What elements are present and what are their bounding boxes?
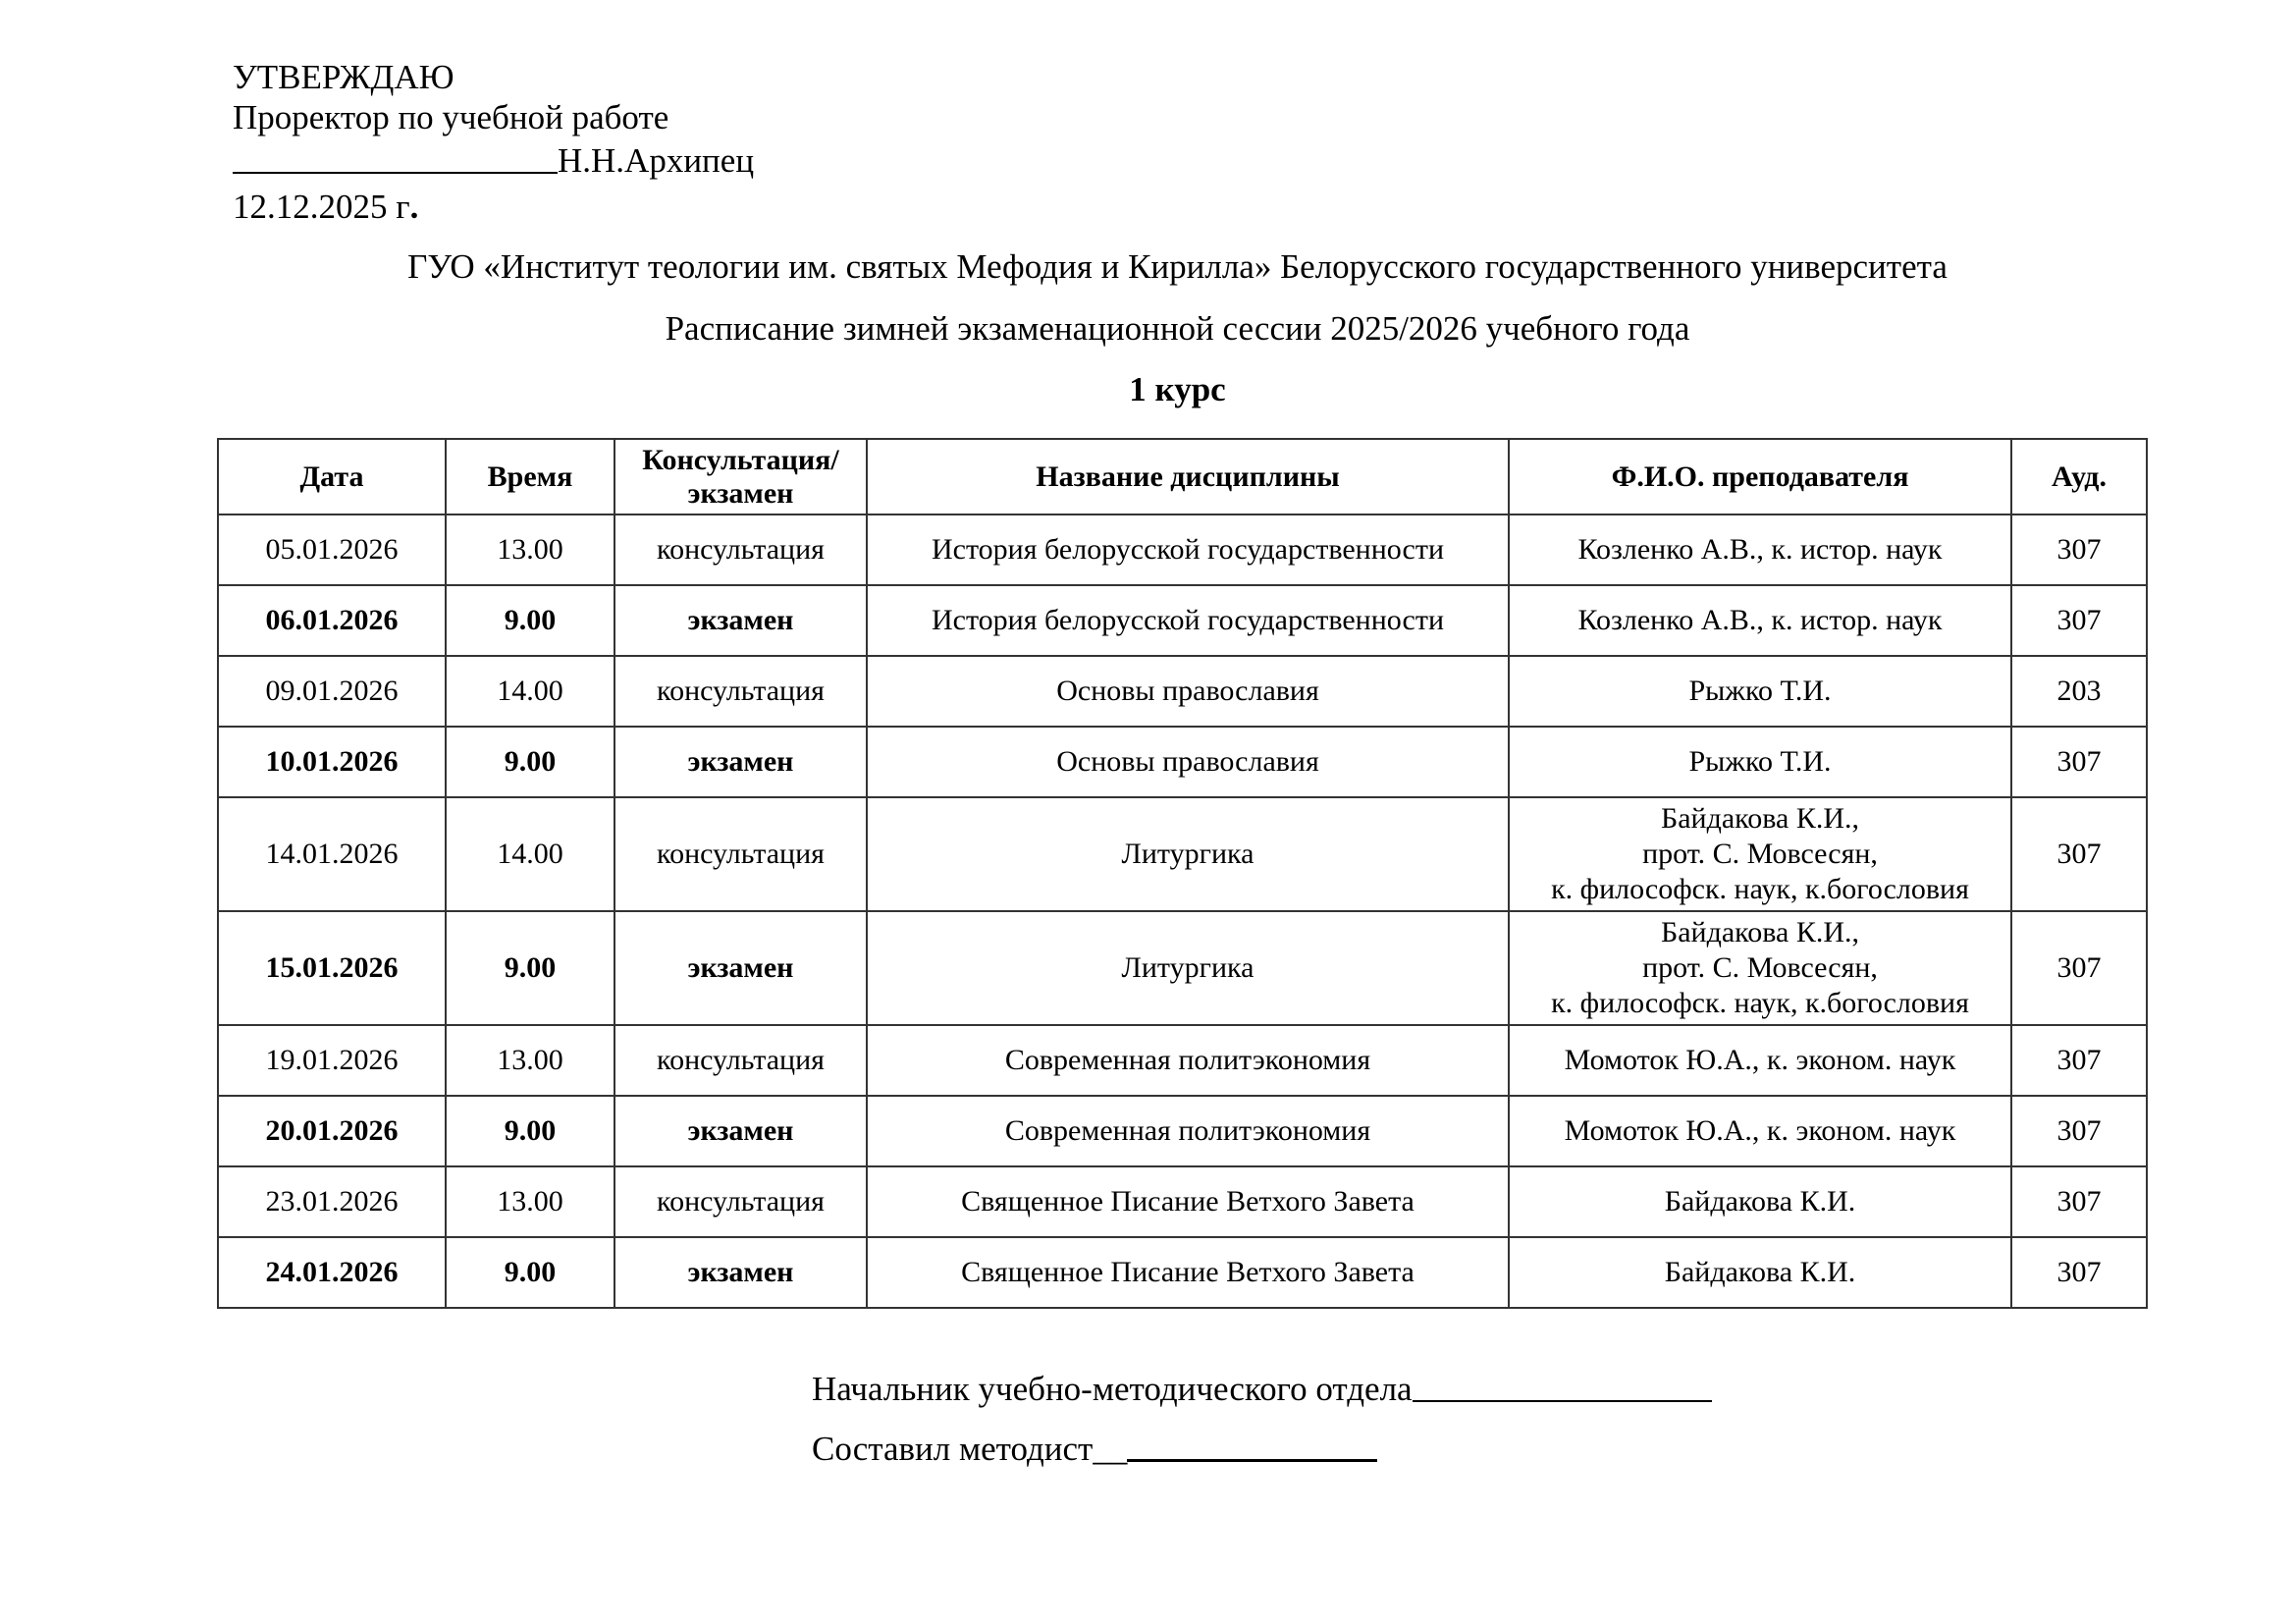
cell-time: 9.00: [446, 911, 614, 1025]
table-row: 19.01.202613.00консультацияСовременная п…: [218, 1025, 2147, 1096]
cell-teacher: Момоток Ю.А., к. эконом. наук: [1509, 1025, 2011, 1096]
column-header-date: Дата: [218, 439, 446, 514]
signature-blank: [233, 140, 558, 174]
cell-date: 24.01.2026: [218, 1237, 446, 1308]
footer-compiler-signature: Составил методист__: [812, 1430, 1377, 1469]
cell-room: 203: [2011, 656, 2147, 727]
cell-time: 13.00: [446, 1166, 614, 1237]
teacher-line: к. философск. наук, к.богословия: [1514, 872, 2006, 907]
column-header-type: Консультация/экзамен: [614, 439, 867, 514]
table-row: 14.01.202614.00консультацияЛитургикаБайд…: [218, 797, 2147, 911]
approval-signature-line: Н.Н.Архипец: [233, 137, 754, 181]
table-row: 05.01.202613.00консультацияИстория белор…: [218, 514, 2147, 585]
table-header-row: ДатаВремяКонсультация/экзаменНазвание ди…: [218, 439, 2147, 514]
cell-teacher: Байдакова К.И.,прот. С. Мовсесян,к. фило…: [1509, 911, 2011, 1025]
teacher-line: к. философск. наук, к.богословия: [1514, 986, 2006, 1021]
head-signature-blank: [1413, 1400, 1712, 1402]
cell-teacher: Байдакова К.И.,прот. С. Мовсесян,к. фило…: [1509, 797, 2011, 911]
compiled-by-underscores: __: [1093, 1430, 1127, 1469]
cell-type: экзамен: [614, 585, 867, 656]
teacher-line: прот. С. Мовсесян,: [1514, 950, 2006, 986]
column-header-time: Время: [446, 439, 614, 514]
exam-schedule-table: ДатаВремяКонсультация/экзаменНазвание ди…: [217, 438, 2148, 1309]
approval-date: 12.12.2025 г: [233, 188, 410, 226]
cell-room: 307: [2011, 514, 2147, 585]
cell-time: 14.00: [446, 656, 614, 727]
cell-type: экзамен: [614, 1237, 867, 1308]
teacher-line: Байдакова К.И.,: [1514, 801, 2006, 837]
cell-teacher: Козленко А.В., к. истор. наук: [1509, 585, 2011, 656]
approval-block: УТВЕРЖДАЮ Проректор по учебной работе Н.…: [233, 57, 754, 227]
cell-time: 9.00: [446, 727, 614, 797]
cell-time: 9.00: [446, 1096, 614, 1166]
cell-date: 23.01.2026: [218, 1166, 446, 1237]
column-header-label: Время: [488, 460, 573, 493]
cell-room: 307: [2011, 797, 2147, 911]
teacher-line: Момоток Ю.А., к. эконом. наук: [1514, 1113, 2006, 1149]
cell-discipline: Современная политэкономия: [867, 1096, 1509, 1166]
approval-date-line: 12.12.2025 г.: [233, 187, 754, 227]
cell-teacher: Байдакова К.И.: [1509, 1166, 2011, 1237]
cell-date: 14.01.2026: [218, 797, 446, 911]
cell-discipline: Основы православия: [867, 727, 1509, 797]
schedule-title: Расписание зимней экзаменационной сессии…: [0, 307, 2296, 351]
course-label: 1 курс: [0, 368, 2296, 411]
cell-type: консультация: [614, 656, 867, 727]
cell-time: 9.00: [446, 1237, 614, 1308]
table-row: 23.01.202613.00консультацияСвященное Пис…: [218, 1166, 2147, 1237]
cell-discipline: Основы православия: [867, 656, 1509, 727]
cell-teacher: Рыжко Т.И.: [1509, 727, 2011, 797]
cell-type: консультация: [614, 1025, 867, 1096]
cell-discipline: Литургика: [867, 797, 1509, 911]
approval-heading: УТВЕРЖДАЮ: [233, 57, 754, 97]
cell-discipline: История белорусской государственности: [867, 514, 1509, 585]
column-header-teacher: Ф.И.О. преподавателя: [1509, 439, 2011, 514]
head-of-department-label: Начальник учебно-методического отдела: [812, 1370, 1413, 1409]
column-header-label: экзамен: [688, 477, 794, 510]
cell-date: 09.01.2026: [218, 656, 446, 727]
cell-type: консультация: [614, 514, 867, 585]
institution-name: ГУО «Институт теологии им. святых Мефоди…: [0, 245, 2296, 289]
teacher-line: Байдакова К.И.: [1514, 1184, 2006, 1219]
table-row: 06.01.20269.00экзаменИстория белорусской…: [218, 585, 2147, 656]
cell-discipline: Современная политэкономия: [867, 1025, 1509, 1096]
column-header-label: Дата: [300, 460, 364, 493]
table-row: 15.01.20269.00экзаменЛитургикаБайдакова …: [218, 911, 2147, 1025]
teacher-line: Козленко А.В., к. истор. наук: [1514, 532, 2006, 568]
cell-teacher: Байдакова К.И.: [1509, 1237, 2011, 1308]
table-row: 10.01.20269.00экзаменОсновы православияР…: [218, 727, 2147, 797]
cell-type: консультация: [614, 797, 867, 911]
cell-room: 307: [2011, 1025, 2147, 1096]
cell-type: экзамен: [614, 911, 867, 1025]
cell-teacher: Рыжко Т.И.: [1509, 656, 2011, 727]
cell-discipline: История белорусской государственности: [867, 585, 1509, 656]
cell-room: 307: [2011, 585, 2147, 656]
cell-time: 13.00: [446, 1025, 614, 1096]
teacher-line: Рыжко Т.И.: [1514, 674, 2006, 709]
column-header-label: Ф.И.О. преподавателя: [1612, 460, 1909, 493]
cell-date: 20.01.2026: [218, 1096, 446, 1166]
cell-discipline: Священное Писание Ветхого Завета: [867, 1237, 1509, 1308]
teacher-line: Рыжко Т.И.: [1514, 744, 2006, 780]
teacher-line: Байдакова К.И.,: [1514, 915, 2006, 950]
column-header-room: Ауд.: [2011, 439, 2147, 514]
cell-date: 10.01.2026: [218, 727, 446, 797]
teacher-line: Момоток Ю.А., к. эконом. наук: [1514, 1043, 2006, 1078]
cell-type: экзамен: [614, 1096, 867, 1166]
column-header-discipline: Название дисциплины: [867, 439, 1509, 514]
column-header-label: Название дисциплины: [1036, 460, 1339, 493]
table-body: 05.01.202613.00консультацияИстория белор…: [218, 514, 2147, 1308]
cell-teacher: Момоток Ю.А., к. эконом. наук: [1509, 1096, 2011, 1166]
cell-teacher: Козленко А.В., к. истор. наук: [1509, 514, 2011, 585]
column-header-label: Ауд.: [2052, 460, 2107, 493]
cell-discipline: Священное Писание Ветхого Завета: [867, 1166, 1509, 1237]
cell-type: экзамен: [614, 727, 867, 797]
cell-room: 307: [2011, 727, 2147, 797]
cell-date: 05.01.2026: [218, 514, 446, 585]
approval-position: Проректор по учебной работе: [233, 97, 754, 137]
cell-date: 19.01.2026: [218, 1025, 446, 1096]
cell-date: 06.01.2026: [218, 585, 446, 656]
table-row: 24.01.20269.00экзаменСвященное Писание В…: [218, 1237, 2147, 1308]
cell-room: 307: [2011, 1166, 2147, 1237]
approval-date-dot: .: [410, 188, 419, 226]
cell-room: 307: [2011, 911, 2147, 1025]
cell-type: консультация: [614, 1166, 867, 1237]
approval-signatory: Н.Н.Архипец: [558, 140, 754, 181]
cell-room: 307: [2011, 1237, 2147, 1308]
compiled-by-label: Составил методист: [812, 1430, 1093, 1469]
compiler-signature-blank: [1127, 1459, 1377, 1462]
teacher-line: прот. С. Мовсесян,: [1514, 837, 2006, 872]
teacher-line: Козленко А.В., к. истор. наук: [1514, 603, 2006, 638]
cell-room: 307: [2011, 1096, 2147, 1166]
teacher-line: Байдакова К.И.: [1514, 1255, 2006, 1290]
cell-time: 13.00: [446, 514, 614, 585]
table-row: 09.01.202614.00консультацияОсновы правос…: [218, 656, 2147, 727]
column-header-label: Консультация/: [642, 444, 839, 476]
footer-head-signature: Начальник учебно-методического отдела: [812, 1370, 1712, 1409]
cell-time: 14.00: [446, 797, 614, 911]
table-row: 20.01.20269.00экзаменСовременная политэк…: [218, 1096, 2147, 1166]
cell-date: 15.01.2026: [218, 911, 446, 1025]
cell-discipline: Литургика: [867, 911, 1509, 1025]
cell-time: 9.00: [446, 585, 614, 656]
